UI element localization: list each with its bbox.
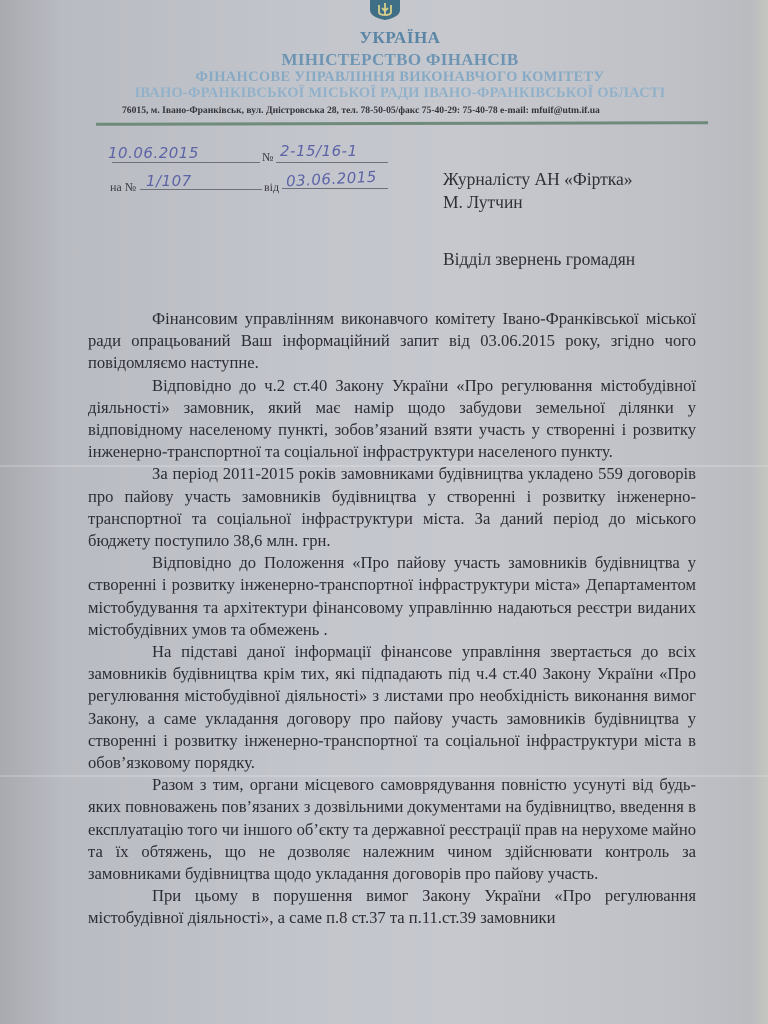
- paragraph: За період 2011-2015 років замовниками бу…: [88, 463, 696, 552]
- ref-date-line: [282, 188, 388, 189]
- outgoing-number-line: [276, 162, 388, 163]
- ref-date: 03.06.2015: [286, 168, 378, 191]
- letterhead-department-line1: ФІНАНСОВЕ УПРАВЛІННЯ ВИКОНАВЧОГО КОМІТЕТ…: [100, 69, 700, 86]
- letterhead-department-line2: ІВАНО-ФРАНКІВСЬКОЇ МІСЬКОЇ РАДИ ІВАНО-ФР…: [100, 85, 700, 102]
- letterhead-ministry: МІНІСТЕРСТВО ФІНАНСІВ: [100, 50, 700, 70]
- paragraph: Разом з тим, органи місцевого самоврядув…: [88, 774, 696, 885]
- paper-edge: [750, 0, 768, 1024]
- paragraph: При цьому в порушення вимог Закону Украї…: [88, 885, 696, 929]
- recipient-line1: Журналісту АН «Фіртка»: [443, 169, 633, 190]
- paragraph: Відповідно до ч.2 ст.40 Закону України «…: [88, 375, 696, 464]
- trident-coat-of-arms-icon: [368, 0, 402, 20]
- paragraph: На підставі даної інформації фінансове у…: [88, 641, 696, 774]
- letter-body: Фінансовим управлінням виконавчого коміт…: [88, 308, 696, 930]
- recipient-department: Відділ звернень громадян: [443, 249, 635, 270]
- ref-date-label: від: [264, 180, 279, 195]
- letterhead-rule: [96, 121, 708, 126]
- outgoing-date-line: [112, 162, 260, 163]
- letterhead-country: УКРАЇНА: [100, 28, 700, 48]
- paragraph: Відповідно до Положення «Про пайову учас…: [88, 552, 696, 641]
- paragraph: Фінансовим управлінням виконавчого коміт…: [88, 308, 696, 375]
- recipient-line2: М. Лутчин: [443, 192, 523, 213]
- letterhead-address: 76015, м. Івано-Франківськ, вул. Дністро…: [122, 105, 600, 116]
- outgoing-number: 2-15/16-1: [280, 142, 358, 160]
- number-label: №: [262, 150, 273, 165]
- ref-number: 1/107: [146, 172, 192, 190]
- ref-number-line: [140, 189, 262, 190]
- outgoing-date: 10.06.2015: [108, 144, 199, 162]
- ref-number-label: на №: [110, 180, 136, 195]
